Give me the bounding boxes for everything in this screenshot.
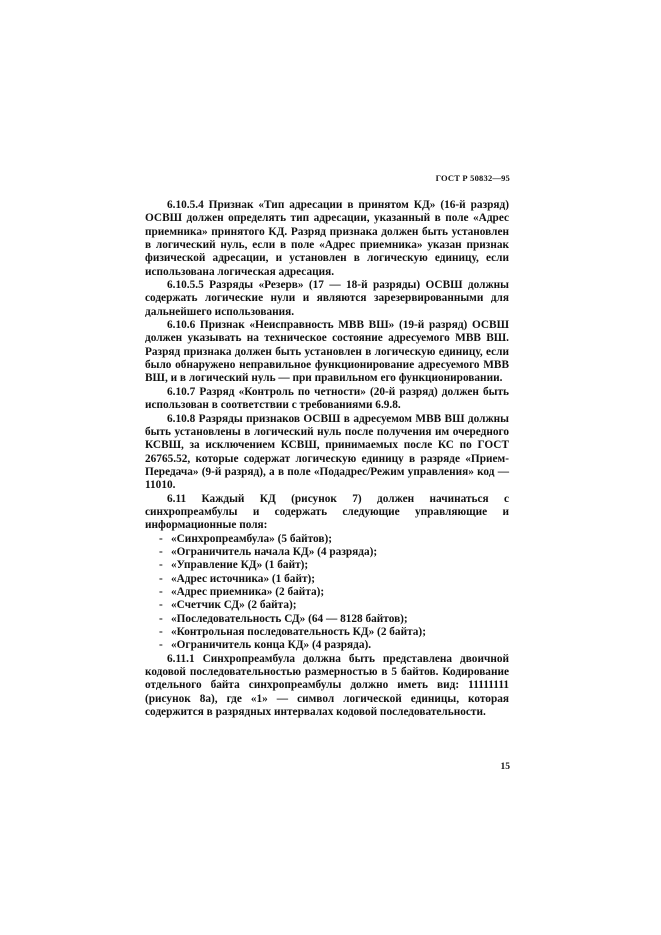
list-dash: - <box>159 626 163 639</box>
list-item-text: «Ограничитель конца КД» (4 разряда). <box>159 639 371 652</box>
list-dash: - <box>159 546 163 559</box>
paragraph-6-10-8: 6.10.8 Разряды признаков ОСВШ в адресуем… <box>145 413 509 493</box>
paragraph-6-11: 6.11 Каждый КД (рисунок 7) должен начина… <box>145 493 509 533</box>
list-item-text: «Счетчик СД» (2 байта); <box>159 599 297 612</box>
list-item: -«Синхропреамбула» (5 байтов); <box>145 533 509 546</box>
list-item: -«Счетчик СД» (2 байта); <box>145 599 509 612</box>
list-dash: - <box>159 613 163 626</box>
list-dash: - <box>159 559 163 572</box>
list-item: -«Ограничитель начала КД» (4 разряда); <box>145 546 509 559</box>
list-dash: - <box>159 639 163 652</box>
list-item-text: «Адрес источника» (1 байт); <box>159 573 315 586</box>
list-item: -«Адрес приемника» (2 байта); <box>145 586 509 599</box>
list-item-text: «Последовательность СД» (64 — 8128 байто… <box>159 613 408 626</box>
list-item-text: «Контрольная последовательность КД» (2 б… <box>159 626 426 639</box>
page-number: 15 <box>490 762 510 772</box>
paragraph-6-10-5-5: 6.10.5.5 Разряды «Резерв» (17 — 18-й раз… <box>145 279 509 319</box>
list-item-text: «Синхропреамбула» (5 байтов); <box>159 533 332 546</box>
paragraph-6-10-6: 6.10.6 Признак «Неисправность МВВ ВШ» (1… <box>145 319 509 386</box>
list-item: -«Ограничитель конца КД» (4 разряда). <box>145 639 509 652</box>
paragraph-6-11-1: 6.11.1 Синхропреамбула должна быть предс… <box>145 653 509 720</box>
field-list: -«Синхропреамбула» (5 байтов); -«Огранич… <box>145 533 509 653</box>
list-item: -«Управление КД» (1 байт); <box>145 559 509 572</box>
paragraph-6-10-7: 6.10.7 Разряд «Контроль по четности» (20… <box>145 386 509 413</box>
list-dash: - <box>159 599 163 612</box>
list-item-text: «Адрес приемника» (2 байта); <box>159 586 324 599</box>
list-dash: - <box>159 533 163 546</box>
list-item: -«Последовательность СД» (64 — 8128 байт… <box>145 613 509 626</box>
list-dash: - <box>159 573 163 586</box>
standard-code-header: ГОСТ Р 50832—95 <box>420 173 510 183</box>
document-page: ГОСТ Р 50832—95 6.10.5.4 Признак «Тип ад… <box>0 0 661 935</box>
list-item-text: «Ограничитель начала КД» (4 разряда); <box>159 546 377 559</box>
list-dash: - <box>159 586 163 599</box>
list-item: -«Адрес источника» (1 байт); <box>145 573 509 586</box>
list-item: -«Контрольная последовательность КД» (2 … <box>145 626 509 639</box>
list-item-text: «Управление КД» (1 байт); <box>159 559 308 572</box>
body-text: 6.10.5.4 Признак «Тип адресации в принят… <box>145 199 509 719</box>
paragraph-6-10-5-4: 6.10.5.4 Признак «Тип адресации в принят… <box>145 199 509 279</box>
